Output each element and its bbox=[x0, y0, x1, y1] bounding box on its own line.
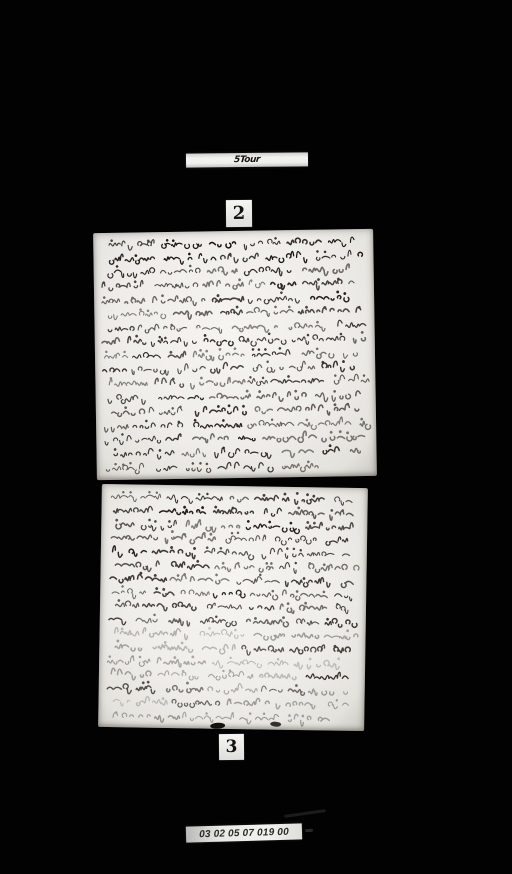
manuscript-photo: 5Tour 2 3 03 02 05 07 019 00 bbox=[0, 0, 512, 874]
handwriting-upper bbox=[93, 229, 377, 480]
manuscript-page-upper bbox=[93, 229, 377, 480]
page-number-tag-upper: 2 bbox=[226, 200, 252, 227]
handwriting-lower bbox=[98, 484, 368, 731]
shelfmark-strip: 03 02 05 07 019 00 bbox=[186, 823, 302, 842]
manuscript-page-lower bbox=[98, 484, 368, 731]
film-scratch bbox=[284, 809, 326, 818]
shelfmark-number: 03 02 05 07 019 00 bbox=[199, 826, 289, 840]
film-smudge bbox=[305, 829, 313, 833]
page-number-lower-label: 3 bbox=[225, 737, 237, 757]
page-number-upper-label: 2 bbox=[233, 203, 246, 224]
caption-strip: 5Tour bbox=[186, 152, 308, 167]
page-number-tag-lower: 3 bbox=[219, 734, 244, 760]
handwritten-caption: 5Tour bbox=[234, 155, 261, 165]
